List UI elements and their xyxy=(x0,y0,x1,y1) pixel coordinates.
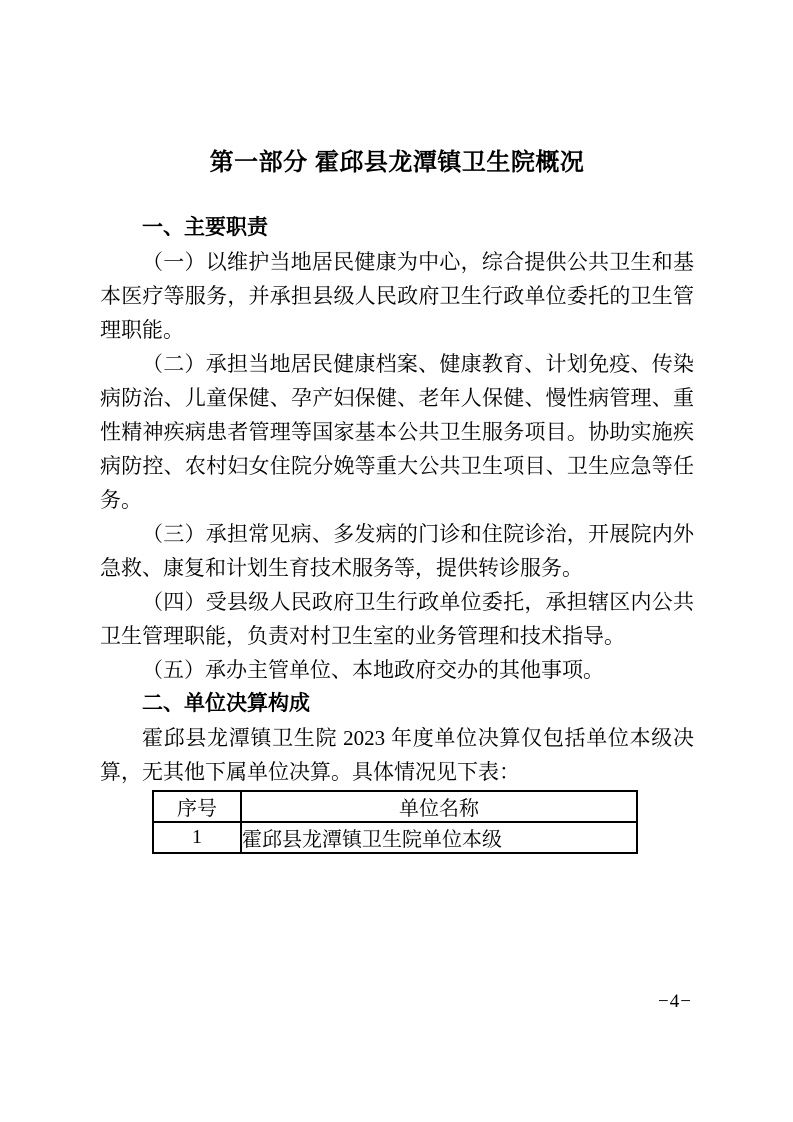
page-title: 第一部分 霍邱县龙潭镇卫生院概况 xyxy=(100,146,694,180)
section-2-heading: 二、单位决算构成 xyxy=(100,687,694,721)
section-1-paragraph-4: （四）受县级人民政府卫生行政单位委托，承担辖区内公共卫生管理职能，负责对村卫生室… xyxy=(100,585,694,653)
page-number: −4− xyxy=(658,991,692,1013)
table-header-unit-name: 单位名称 xyxy=(241,791,637,822)
table-row: 1 霍邱县龙潭镇卫生院单位本级 xyxy=(153,822,637,853)
table-header-serial: 序号 xyxy=(153,791,241,822)
section-2-paragraph-1: 霍邱县龙潭镇卫生院 2023 年度单位决算仅包括单位本级决算，无其他下属单位决算… xyxy=(100,721,694,789)
section-1-heading: 一、主要职责 xyxy=(100,211,694,245)
table-cell-unit-name: 霍邱县龙潭镇卫生院单位本级 xyxy=(241,822,637,853)
section-1-paragraph-5: （五）承办主管单位、本地政府交办的其他事项。 xyxy=(100,653,694,687)
section-1-paragraph-3: （三）承担常见病、多发病的门诊和住院诊治，开展院内外急救、康复和计划生育技术服务… xyxy=(100,517,694,585)
table-cell-serial: 1 xyxy=(153,822,241,853)
section-1-paragraph-2: （二）承担当地居民健康档案、健康教育、计划免疫、传染病防治、儿童保健、孕产妇保健… xyxy=(100,347,694,517)
table-header-row: 序号 单位名称 xyxy=(153,791,637,822)
document-content: 第一部分 霍邱县龙潭镇卫生院概况 一、主要职责 （一）以维护当地居民健康为中心，… xyxy=(100,146,694,854)
document-page: 第一部分 霍邱县龙潭镇卫生院概况 一、主要职责 （一）以维护当地居民健康为中心，… xyxy=(0,0,793,1122)
unit-composition-table: 序号 单位名称 1 霍邱县龙潭镇卫生院单位本级 xyxy=(152,790,638,854)
section-1-paragraph-1: （一）以维护当地居民健康为中心，综合提供公共卫生和基本医疗等服务，并承担县级人民… xyxy=(100,245,694,347)
